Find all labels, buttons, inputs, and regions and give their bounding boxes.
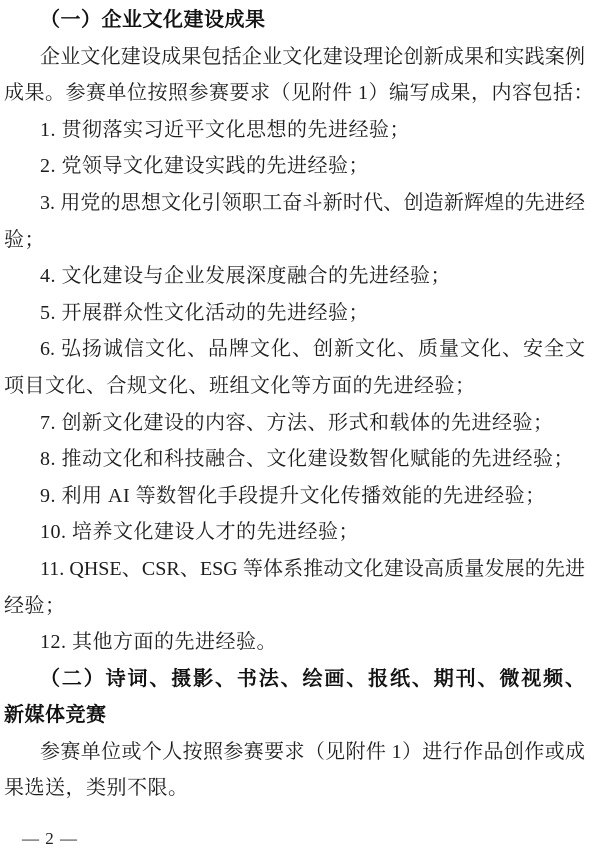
text-line: 11. QHSE、CSR、ESG 等体系推动文化建设高质量发展的先进 <box>4 551 585 588</box>
page-number: — 2 — <box>22 829 78 849</box>
text-line: 12. 其他方面的先进经验。 <box>4 624 585 661</box>
text-line: 经验； <box>4 588 585 625</box>
heading-line: （一）企业文化建设成果 <box>4 2 585 39</box>
text-line: 7. 创新文化建设的内容、方法、形式和载体的先进经验； <box>4 405 585 442</box>
heading-line: 新媒体竞赛 <box>4 697 585 734</box>
text-line: 1. 贯彻落实习近平文化思想的先进经验； <box>4 112 585 149</box>
text-line: 6. 弘扬诚信文化、品牌文化、创新文化、质量文化、安全文化、 <box>4 331 585 368</box>
text-line: 2. 党领导文化建设实践的先进经验； <box>4 148 585 185</box>
heading-line: （二）诗词、摄影、书法、绘画、报纸、期刊、微视频、AIGC、 <box>4 661 585 698</box>
text-line: 9. 利用 AI 等数智化手段提升文化传播效能的先进经验； <box>4 478 585 515</box>
text-line: 项目文化、合规文化、班组文化等方面的先进经验； <box>4 368 585 405</box>
text-line: 果选送，类别不限。 <box>4 770 585 807</box>
text-line: 成果。参赛单位按照参赛要求（见附件 1）编写成果，内容包括： <box>4 75 585 112</box>
text-line: 10. 培养文化建设人才的先进经验； <box>4 514 585 551</box>
text-line: 企业文化建设成果包括企业文化建设理论创新成果和实践案例 <box>4 39 585 76</box>
document-body: （一）企业文化建设成果企业文化建设成果包括企业文化建设理论创新成果和实践案例成果… <box>4 2 585 807</box>
text-line: 4. 文化建设与企业发展深度融合的先进经验； <box>4 258 585 295</box>
text-line: 8. 推动文化和科技融合、文化建设数智化赋能的先进经验； <box>4 441 585 478</box>
text-line: 5. 开展群众性文化活动的先进经验； <box>4 295 585 332</box>
document-page: （一）企业文化建设成果企业文化建设成果包括企业文化建设理论创新成果和实践案例成果… <box>0 0 600 857</box>
text-line: 参赛单位或个人按照参赛要求（见附件 1）进行作品创作或成 <box>4 734 585 771</box>
text-line: 验； <box>4 222 585 259</box>
text-line: 3. 用党的思想文化引领职工奋斗新时代、创造新辉煌的先进经 <box>4 185 585 222</box>
